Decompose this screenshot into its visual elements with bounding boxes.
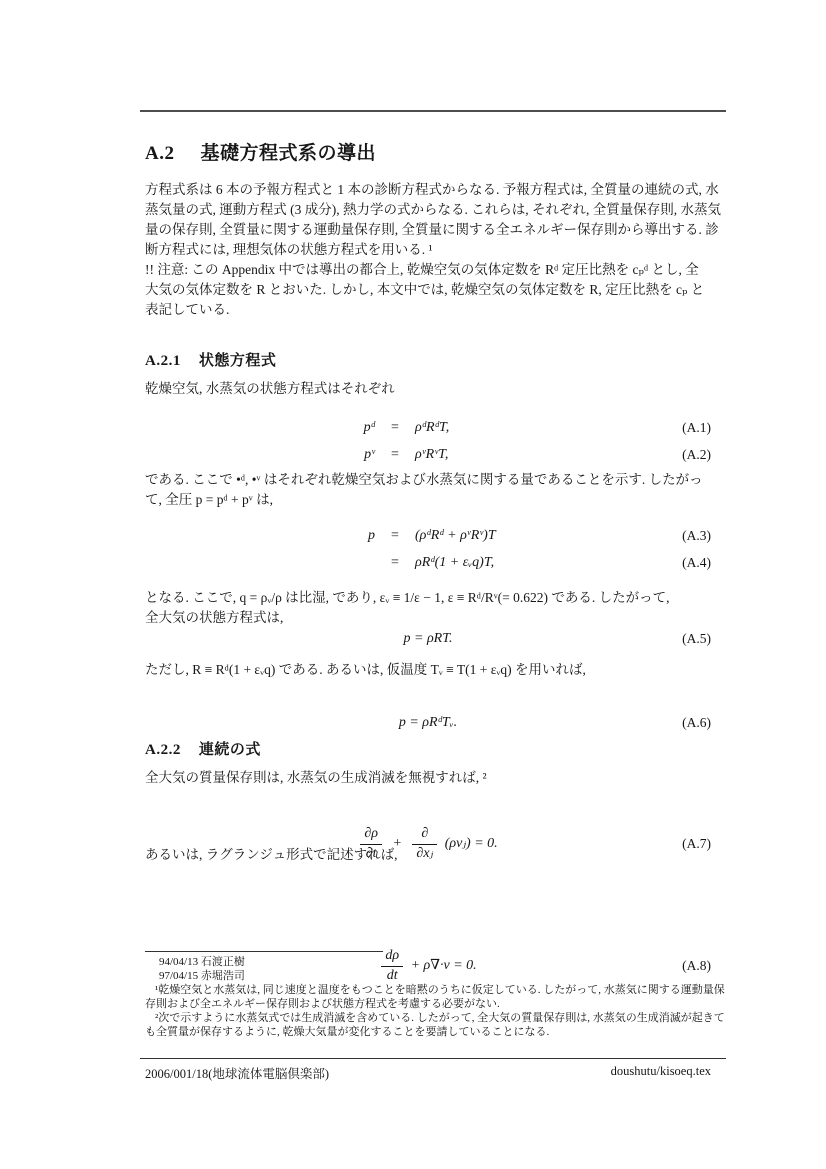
eq-lhs: pᵈ — [145, 420, 375, 436]
subsection-title: 連続の式 — [199, 742, 261, 758]
equation-group-2: p = (ρᵈRᵈ + ρᵛRᵛ)T (A.3) = ρRᵈ(1 + εᵥq)T… — [145, 522, 711, 576]
equation-label: (A.2) — [682, 447, 711, 463]
equation-A4: = ρRᵈ(1 + εᵥq)T, (A.4) — [145, 549, 711, 576]
footnote-2-line: ²次で示すように水蒸気式では生成消滅を含めている. したがって, 全大気の質量保… — [145, 1011, 711, 1025]
subsection-title: 状態方程式 — [199, 353, 277, 369]
equation-A5: p = ρRT. (A.5) — [145, 631, 711, 647]
text-line: 蒸気量の式, 運動方程式 (3 成分), 熱力学の式からなる. これらは, それ… — [145, 200, 711, 220]
eq-rhs: ρRᵈ(1 + εᵥq)T, — [415, 555, 711, 571]
revision-date: 97/04/15 赤堀浩司 — [145, 969, 711, 983]
footnote-2-line: も全質量が保存するように, 乾燥大気量が変化することを要請していることになる. — [145, 1025, 711, 1039]
paragraph: あるいは, ラグランジュ形式で記述すれば, — [145, 845, 711, 865]
equation-A6: p = ρRᵈTᵥ. (A.6) — [145, 715, 711, 731]
eq-rhs: ρᵈRᵈT, — [415, 420, 711, 436]
eq-lhs: p — [145, 528, 375, 544]
text-line: である. ここで •ᵈ, •ᵛ はそれぞれ乾燥空気および水蒸気に関する量であるこ… — [145, 470, 711, 490]
eq-relation: = — [375, 555, 415, 571]
page-footer: 2006/001/18(地球流体電脳倶楽部) doushutu/kisoeq.t… — [145, 1064, 711, 1082]
text-line: 表記している. — [145, 300, 711, 320]
footer-left: 2006/001/18(地球流体電脳倶楽部) — [145, 1064, 329, 1082]
footnote-rule — [145, 951, 383, 952]
eq-body: p = ρRT. — [404, 631, 453, 646]
eq-relation: = — [375, 447, 415, 463]
top-rule — [140, 110, 726, 112]
equation-A1: pᵈ = ρᵈRᵈT, (A.1) — [145, 414, 711, 441]
eq-relation: = — [375, 528, 415, 544]
equation-label: (A.4) — [682, 555, 711, 571]
subsection-heading-1: A.2.1状態方程式 — [145, 349, 711, 370]
eq-relation: = — [375, 420, 415, 436]
revision-date: 94/04/13 石渡正樹 — [145, 955, 711, 969]
section-title: 基礎方程式系の導出 — [200, 143, 376, 164]
lead-text: 乾燥空気, 水蒸気の状態方程式はそれぞれ — [145, 379, 711, 399]
text-line: 断方程式には, 理想気体の状態方程式を用いる. ¹ — [145, 240, 711, 260]
subsection-heading-2: A.2.2連続の式 — [145, 738, 711, 759]
intro-paragraph: 方程式系は 6 本の予報方程式と 1 本の診断方程式からなる. 予報方程式は, … — [145, 180, 711, 320]
equation-label: (A.6) — [682, 715, 711, 731]
equation-label: (A.3) — [682, 528, 711, 544]
lead-text: 全大気の質量保存則は, 水蒸気の生成消滅を無視すれば, ² — [145, 768, 711, 788]
document-page: A.2基礎方程式系の導出 方程式系は 6 本の予報方程式と 1 本の診断方程式か… — [0, 0, 826, 1169]
text-line: て, 全圧 p = pᵈ + pᵛ は, — [145, 490, 711, 510]
text-line: となる. ここで, q = ρᵥ/ρ は比湿, であり, εᵥ ≡ 1/ε − … — [145, 588, 711, 608]
text-line: 量の保存則, 全質量に関する運動量保存則, 全質量に関する全エネルギー保存則から… — [145, 220, 711, 240]
section-heading: A.2基礎方程式系の導出 — [145, 138, 711, 165]
footnote-1-line: 存則および全エネルギー保存則および状態方程式を考慮する必要がない. — [145, 997, 711, 1011]
text-line: 大気の気体定数を R とおいた. しかし, 本文中では, 乾燥空気の気体定数を … — [145, 280, 711, 300]
equation-group-1: pᵈ = ρᵈRᵈT, (A.1) pᵛ = ρᵛRᵛT, (A.2) — [145, 414, 711, 468]
fraction-numerator: ∂ρ — [360, 826, 382, 844]
footer-rule — [140, 1058, 726, 1059]
equation-label: (A.1) — [682, 420, 711, 436]
eq-lhs: pᵛ — [145, 447, 375, 463]
equation-label: (A.5) — [682, 631, 711, 647]
section-number: A.2 — [145, 143, 174, 164]
footnote-block: 94/04/13 石渡正樹 97/04/15 赤堀浩司 ¹乾燥空気と水蒸気は, … — [145, 955, 711, 1039]
eq-rhs: (ρᵈRᵈ + ρᵛRᵛ)T — [415, 528, 711, 544]
footnote-1-line: ¹乾燥空気と水蒸気は, 同じ速度と温度をもつことを暗黙のうちに仮定している. し… — [145, 983, 711, 997]
text-line: 全大気の状態方程式は, — [145, 608, 711, 628]
fraction-numerator: ∂ — [412, 826, 437, 844]
paragraph: である. ここで •ᵈ, •ᵛ はそれぞれ乾燥空気および水蒸気に関する量であるこ… — [145, 470, 711, 510]
text-line: !! 注意: この Appendix 中では導出の都合上, 乾燥空気の気体定数を… — [145, 260, 711, 280]
paragraph: となる. ここで, q = ρᵥ/ρ は比湿, であり, εᵥ ≡ 1/ε − … — [145, 588, 711, 628]
text-line: 方程式系は 6 本の予報方程式と 1 本の診断方程式からなる. 予報方程式は, … — [145, 180, 711, 200]
eq-rhs: ρᵛRᵛT, — [415, 447, 711, 463]
equation-A2: pᵛ = ρᵛRᵛT, (A.2) — [145, 441, 711, 468]
eq-body: p = ρRᵈTᵥ. — [399, 715, 457, 730]
footer-right: doushutu/kisoeq.tex — [611, 1064, 711, 1079]
paragraph: ただし, R ≡ Rᵈ(1 + εᵥq) である. あるいは, 仮温度 Tᵥ ≡… — [145, 660, 711, 680]
subsection-number: A.2.2 — [145, 742, 181, 758]
subsection-number: A.2.1 — [145, 353, 181, 369]
equation-A3: p = (ρᵈRᵈ + ρᵛRᵛ)T (A.3) — [145, 522, 711, 549]
